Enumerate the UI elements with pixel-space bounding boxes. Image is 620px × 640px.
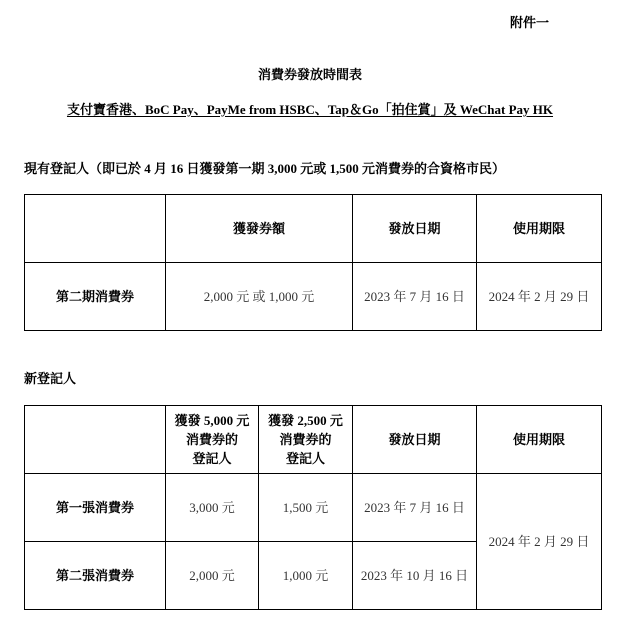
issue-date-cell: 2023 年 7 月 16 日 (353, 263, 477, 331)
issue-date-cell: 2023 年 10 月 16 日 (353, 542, 477, 610)
header-line: 消費券的 (259, 430, 352, 449)
header-cell-expiry: 使用期限 (477, 406, 602, 474)
header-cell-5000-registrants: 獲發 5,000 元 消費券的 登記人 (166, 406, 259, 474)
existing-registrants-heading: 現有登記人（即已於 4 月 16 日獲發第一期 3,000 元或 1,500 元… (24, 158, 505, 177)
amount-5000-cell: 3,000 元 (166, 474, 259, 542)
header-cell-empty (25, 195, 166, 263)
new-registrants-heading: 新登記人 (24, 368, 76, 387)
issue-date-cell: 2023 年 7 月 16 日 (353, 474, 477, 542)
subtitle-text: 支付寶香港、BoC Pay、PayMe from HSBC、Tap＆Go「拍住賞… (67, 102, 553, 117)
amount-cell: 2,000 元 或 1,000 元 (166, 263, 353, 331)
amount-5000-cell: 2,000 元 (166, 542, 259, 610)
header-cell-issue-date: 發放日期 (353, 195, 477, 263)
document-title: 消費券發放時間表 (0, 64, 620, 83)
amount-2500-cell: 1,000 元 (259, 542, 353, 610)
document-subtitle: 支付寶香港、BoC Pay、PayMe from HSBC、Tap＆Go「拍住賞… (0, 99, 620, 118)
table-header-row: 獲發券額 發放日期 使用期限 (25, 195, 602, 263)
row-label: 第一張消費券 (25, 474, 166, 542)
header-cell-expiry: 使用期限 (477, 195, 602, 263)
new-registrants-table: 獲發 5,000 元 消費券的 登記人 獲發 2,500 元 消費券的 登記人 … (24, 405, 602, 610)
header-cell-2500-registrants: 獲發 2,500 元 消費券的 登記人 (259, 406, 353, 474)
annex-label: 附件一 (510, 12, 549, 31)
table-header-row: 獲發 5,000 元 消費券的 登記人 獲發 2,500 元 消費券的 登記人 … (25, 406, 602, 474)
table-row: 第一張消費券 3,000 元 1,500 元 2023 年 7 月 16 日 2… (25, 474, 602, 542)
expiry-cell: 2024 年 2 月 29 日 (477, 263, 602, 331)
existing-registrants-table: 獲發券額 發放日期 使用期限 第二期消費券 2,000 元 或 1,000 元 … (24, 194, 602, 331)
header-line: 獲發 5,000 元 (166, 411, 258, 430)
header-cell-amount: 獲發券額 (166, 195, 353, 263)
header-cell-issue-date: 發放日期 (353, 406, 477, 474)
row-label: 第二張消費券 (25, 542, 166, 610)
amount-2500-cell: 1,500 元 (259, 474, 353, 542)
header-line: 消費券的 (166, 430, 258, 449)
header-line: 獲發 2,500 元 (259, 411, 352, 430)
row-label: 第二期消費券 (25, 263, 166, 331)
header-line: 登記人 (259, 449, 352, 468)
header-line: 登記人 (166, 449, 258, 468)
header-cell-empty (25, 406, 166, 474)
expiry-cell: 2024 年 2 月 29 日 (477, 474, 602, 610)
table-row: 第二期消費券 2,000 元 或 1,000 元 2023 年 7 月 16 日… (25, 263, 602, 331)
